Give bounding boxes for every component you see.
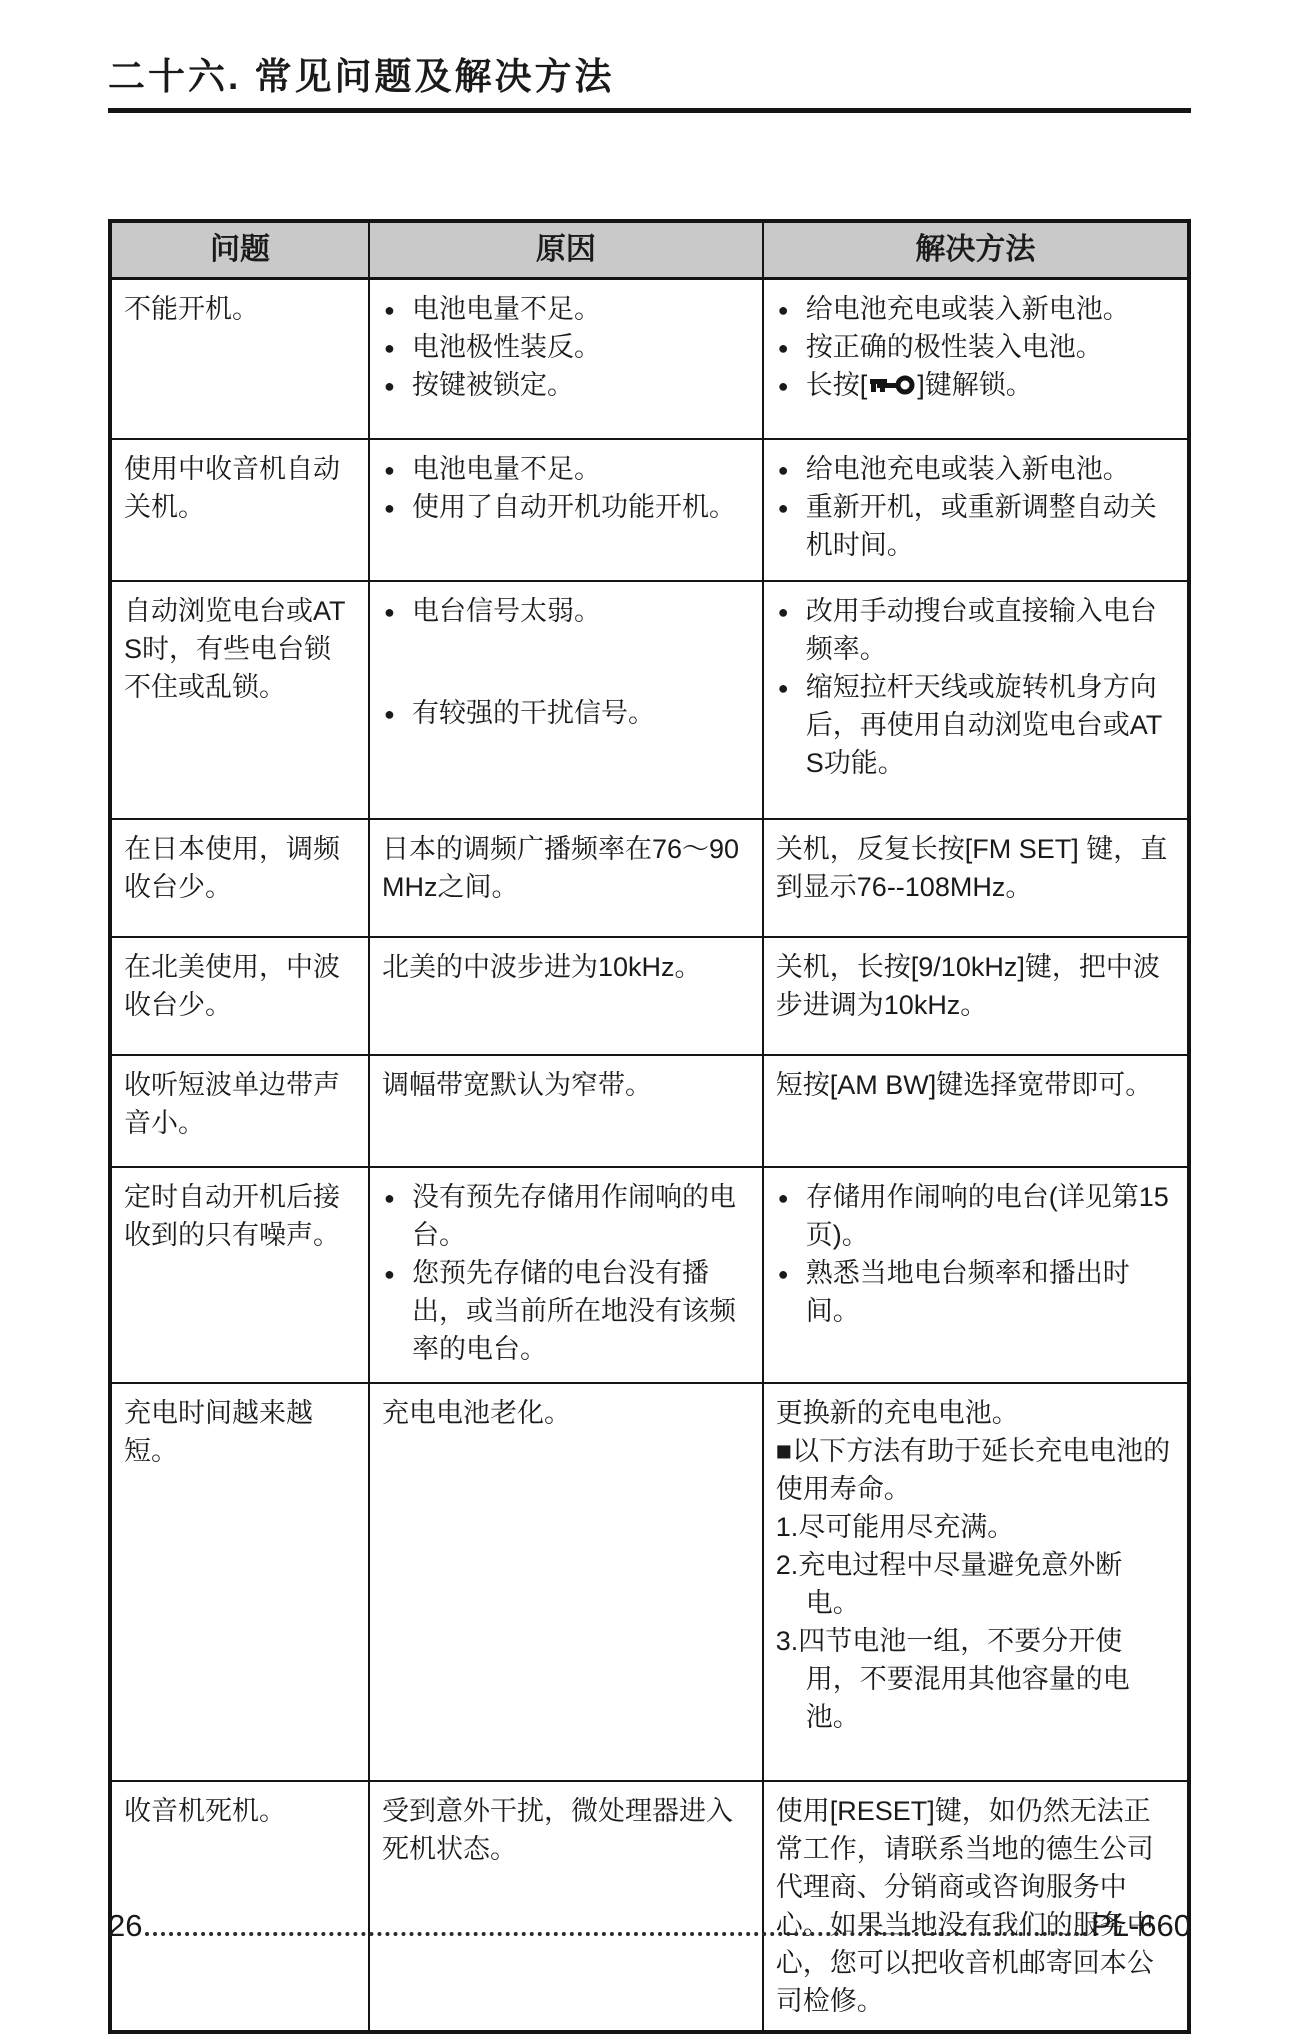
table-row: 充电时间越来越短。 充电电池老化。 更换新的充电电池。 ■以下方法有助于延长充电… [110,1383,1189,1781]
problem-text: 收听短波单边带声音小。 [124,1066,356,1142]
solution-text: 短按[AM BW]键选择宽带即可。 [776,1066,1175,1104]
footer-leader-dots [145,1932,1088,1936]
table-row: 使用中收音机自动关机。 电池电量不足。 使用了自动开机功能开机。 给电池充电或装… [110,439,1189,581]
problem-text: 充电时间越来越短。 [124,1394,356,1470]
solution-cell: 关机，反复长按[FM SET] 键，直到显示76--108MHz。 [763,819,1189,937]
cause-cell: 电台信号太弱。 有较强的干扰信号。 [369,581,763,819]
solution-item: 重新开机，或重新调整自动关机时间。 [776,488,1175,564]
header-cause: 原因 [369,221,763,279]
problem-cell: 使用中收音机自动关机。 [110,439,369,581]
table-row: 定时自动开机后接收到的只有噪声。 没有预先存储用作闹响的电台。 您预先存储的电台… [110,1167,1189,1383]
cause-cell: 调幅带宽默认为窄带。 [369,1055,763,1167]
cause-item: 按键被锁定。 [382,366,750,404]
solution-cell: 存储用作闹响的电台(详见第15页)。 熟悉当地电台频率和播出时间。 [763,1167,1189,1383]
problem-cell: 不能开机。 [110,279,369,440]
solution-line: 1.尽可能用尽充满。 [776,1508,1175,1546]
page-title: 二十六. 常见问题及解决方法 [108,0,1191,100]
cause-text: 北美的中波步进为10kHz。 [382,948,750,986]
table-row: 收音机死机。 受到意外干扰，微处理器进入死机状态。 使用[RESET]键，如仍然… [110,1781,1189,2032]
solution-cell: 关机，长按[9/10kHz]键，把中波步进调为10kHz。 [763,937,1189,1055]
problem-text: 在日本使用，调频收台少。 [124,830,356,906]
cause-item: 没有预先存储用作闹响的电台。 [382,1178,750,1254]
cause-cell: 受到意外干扰，微处理器进入死机状态。 [369,1781,763,2032]
problem-text: 自动浏览电台或ATS时，有些电台锁不住或乱锁。 [124,592,356,706]
table-row: 不能开机。 电池电量不足。 电池极性装反。 按键被锁定。 给电池充电或装入新电池… [110,279,1189,440]
solution-item: 缩短拉杆天线或旋转机身方向后，再使用自动浏览电台或ATS功能。 [776,668,1175,782]
cause-cell: 充电电池老化。 [369,1383,763,1781]
solution-line: 2.充电过程中尽量避免意外断电。 [776,1546,1175,1622]
problem-text: 使用中收音机自动关机。 [124,450,356,526]
cause-cell: 电池电量不足。 使用了自动开机功能开机。 [369,439,763,581]
solution-text: 使用[RESET]键，如仍然无法正常工作，请联系当地的德生公司代理商、分销商或咨… [776,1792,1175,2020]
solution-cell: 改用手动搜台或直接输入电台频率。 缩短拉杆天线或旋转机身方向后，再使用自动浏览电… [763,581,1189,819]
model-number: PL-660 [1091,1908,1191,1944]
title-divider [108,108,1191,113]
page-footer: 26 PL-660 [108,1908,1191,1944]
cause-text: 调幅带宽默认为窄带。 [382,1066,750,1104]
cause-text: 日本的调频广播频率在76～90MHz之间。 [382,830,750,906]
cause-cell: 日本的调频广播频率在76～90MHz之间。 [369,819,763,937]
solution-cell: 使用[RESET]键，如仍然无法正常工作，请联系当地的德生公司代理商、分销商或咨… [763,1781,1189,2032]
cause-cell: 电池电量不足。 电池极性装反。 按键被锁定。 [369,279,763,440]
table-row: 自动浏览电台或ATS时，有些电台锁不住或乱锁。 电台信号太弱。 有较强的干扰信号… [110,581,1189,819]
solution-item-with-key: 长按[]键解锁。 [776,366,1175,404]
table-header-row: 问题 原因 解决方法 [110,221,1189,279]
key-icon [869,373,915,397]
solution-item: 给电池充电或装入新电池。 [776,450,1175,488]
solution-item: 改用手动搜台或直接输入电台频率。 [776,592,1175,668]
cause-item: 您预先存储的电台没有播出，或当前所在地没有该频率的电台。 [382,1254,750,1368]
cause-item: 电台信号太弱。 [382,592,750,630]
solution-line: 3.四节电池一组，不要分开使用，不要混用其他容量的电池。 [776,1622,1175,1736]
problem-cell: 收音机死机。 [110,1781,369,2032]
problem-cell: 收听短波单边带声音小。 [110,1055,369,1167]
solution-line: 更换新的充电电池。 [776,1394,1175,1432]
header-solution: 解决方法 [763,221,1189,279]
solution-cell: 给电池充电或装入新电池。 重新开机，或重新调整自动关机时间。 [763,439,1189,581]
cause-item: 电池电量不足。 [382,290,750,328]
table-row: 在北美使用，中波收台少。 北美的中波步进为10kHz。 关机，长按[9/10kH… [110,937,1189,1055]
solution-item: 熟悉当地电台频率和播出时间。 [776,1254,1175,1330]
solution-item: 给电池充电或装入新电池。 [776,290,1175,328]
solution-item: 存储用作闹响的电台(详见第15页)。 [776,1178,1175,1254]
problem-text: 定时自动开机后接收到的只有噪声。 [124,1178,356,1254]
cause-item: 电池极性装反。 [382,328,750,366]
cause-text: 充电电池老化。 [382,1394,750,1432]
problem-cell: 在日本使用，调频收台少。 [110,819,369,937]
page: 二十六. 常见问题及解决方法 问题 原因 解决方法 不能开机。 电池电量不足。 … [108,0,1191,2034]
header-problem: 问题 [110,221,369,279]
faq-table: 问题 原因 解决方法 不能开机。 电池电量不足。 电池极性装反。 按键被锁定。 … [108,219,1191,2034]
solution-item: 按正确的极性装入电池。 [776,328,1175,366]
cause-cell: 北美的中波步进为10kHz。 [369,937,763,1055]
problem-cell: 在北美使用，中波收台少。 [110,937,369,1055]
problem-cell: 充电时间越来越短。 [110,1383,369,1781]
solution-cell: 给电池充电或装入新电池。 按正确的极性装入电池。 长按[]键解锁。 [763,279,1189,440]
key-line-suffix: ]键解锁。 [917,370,1033,400]
cause-text: 受到意外干扰，微处理器进入死机状态。 [382,1792,750,1868]
cause-item: 有较强的干扰信号。 [382,694,750,732]
table-row: 在日本使用，调频收台少。 日本的调频广播频率在76～90MHz之间。 关机，反复… [110,819,1189,937]
page-number: 26 [108,1908,142,1944]
cause-cell: 没有预先存储用作闹响的电台。 您预先存储的电台没有播出，或当前所在地没有该频率的… [369,1167,763,1383]
cause-item: 电池电量不足。 [382,450,750,488]
solution-text: 关机，长按[9/10kHz]键，把中波步进调为10kHz。 [776,948,1175,1024]
problem-text: 不能开机。 [124,290,356,328]
problem-text: 在北美使用，中波收台少。 [124,948,356,1024]
cause-item: 使用了自动开机功能开机。 [382,488,750,526]
problem-text: 收音机死机。 [124,1792,356,1830]
problem-cell: 自动浏览电台或ATS时，有些电台锁不住或乱锁。 [110,581,369,819]
solution-cell: 短按[AM BW]键选择宽带即可。 [763,1055,1189,1167]
solution-cell: 更换新的充电电池。 ■以下方法有助于延长充电电池的使用寿命。 1.尽可能用尽充满… [763,1383,1189,1781]
key-line-prefix: 长按[ [806,370,868,400]
solution-line: ■以下方法有助于延长充电电池的使用寿命。 [776,1432,1175,1508]
problem-cell: 定时自动开机后接收到的只有噪声。 [110,1167,369,1383]
solution-text: 关机，反复长按[FM SET] 键，直到显示76--108MHz。 [776,830,1175,906]
table-row: 收听短波单边带声音小。 调幅带宽默认为窄带。 短按[AM BW]键选择宽带即可。 [110,1055,1189,1167]
